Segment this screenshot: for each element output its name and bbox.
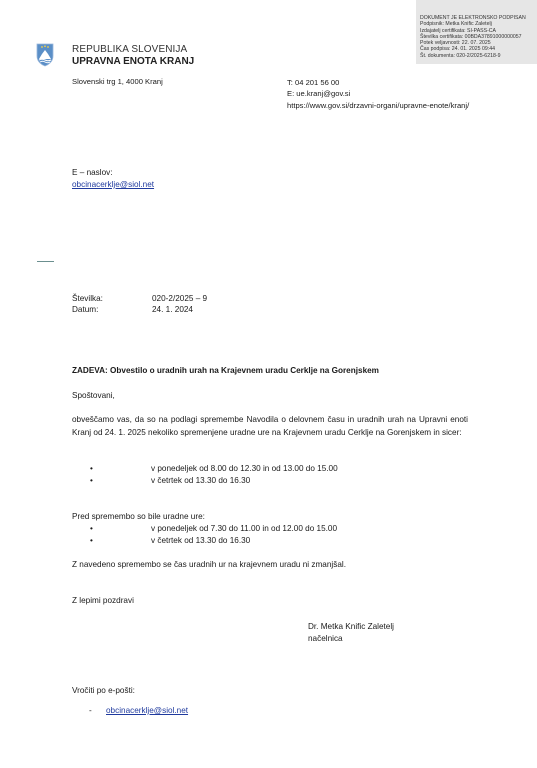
signature-line: Št. dokumenta: 020-2/2025-6218-9 [420, 53, 537, 59]
signer-name: Dr. Metka Knific Zaletelj [308, 622, 394, 631]
number-value: 020-2/2025 – 9 [152, 294, 207, 303]
intro-paragraph: obveščamo vas, da so na podlagi sprememb… [72, 414, 468, 439]
old-hours-thursday: v četrtek od 13.30 do 16.30 [151, 536, 250, 545]
org-email: E: ue.kranj@gov.si [287, 88, 469, 99]
bullet-icon: • [90, 524, 93, 533]
org-country: REPUBLIKA SLOVENIJA [72, 44, 187, 55]
bullet-icon: • [90, 536, 93, 545]
fold-mark-divider [37, 261, 54, 262]
electronic-signature-box: DOKUMENT JE ELEKTRONSKO PODPISAN Podpisn… [416, 0, 537, 64]
subject-line: ZADEVA: Obvestilo o uradnih urah na Kraj… [72, 366, 379, 375]
org-name: UPRAVNA ENOTA KRANJ [72, 56, 194, 67]
org-phone: T: 04 201 56 00 [287, 77, 469, 88]
signer-title: načelnica [308, 634, 343, 643]
number-label: Številka: [72, 294, 103, 303]
bullet-icon: • [90, 464, 93, 473]
new-hours-thursday: v četrtek od 13.30 do 16.30 [151, 476, 250, 485]
bullet-icon: • [90, 476, 93, 485]
deliver-label: Vročiti po e-pošti: [72, 686, 135, 695]
dash-marker: - [89, 706, 92, 715]
org-website[interactable]: https://www.gov.si/drzavni-organi/upravn… [287, 100, 469, 111]
recipient-label: E – naslov: [72, 168, 113, 177]
deliver-email-link[interactable]: obcinacerklje@siol.net [106, 706, 188, 715]
old-hours-monday: v ponedeljek od 7.30 do 11.00 in od 12.0… [151, 524, 337, 533]
date-value: 24. 1. 2024 [152, 305, 193, 314]
coat-of-arms-icon [36, 43, 54, 67]
conclusion: Z navedeno spremembo se čas uradnih ur n… [72, 560, 346, 569]
previous-hours-label: Pred spremembo so bile uradne ure: [72, 512, 205, 521]
date-label: Datum: [72, 305, 98, 314]
greeting: Spoštovani, [72, 391, 115, 400]
org-contact: T: 04 201 56 00 E: ue.kranj@gov.si https… [287, 77, 469, 111]
org-address: Slovenski trg 1, 4000 Kranj [72, 77, 163, 86]
closing: Z lepimi pozdravi [72, 596, 134, 605]
recipient-email-link[interactable]: obcinacerklje@siol.net [72, 180, 154, 189]
new-hours-monday: v ponedeljek od 8.00 do 12.30 in od 13.0… [151, 464, 338, 473]
